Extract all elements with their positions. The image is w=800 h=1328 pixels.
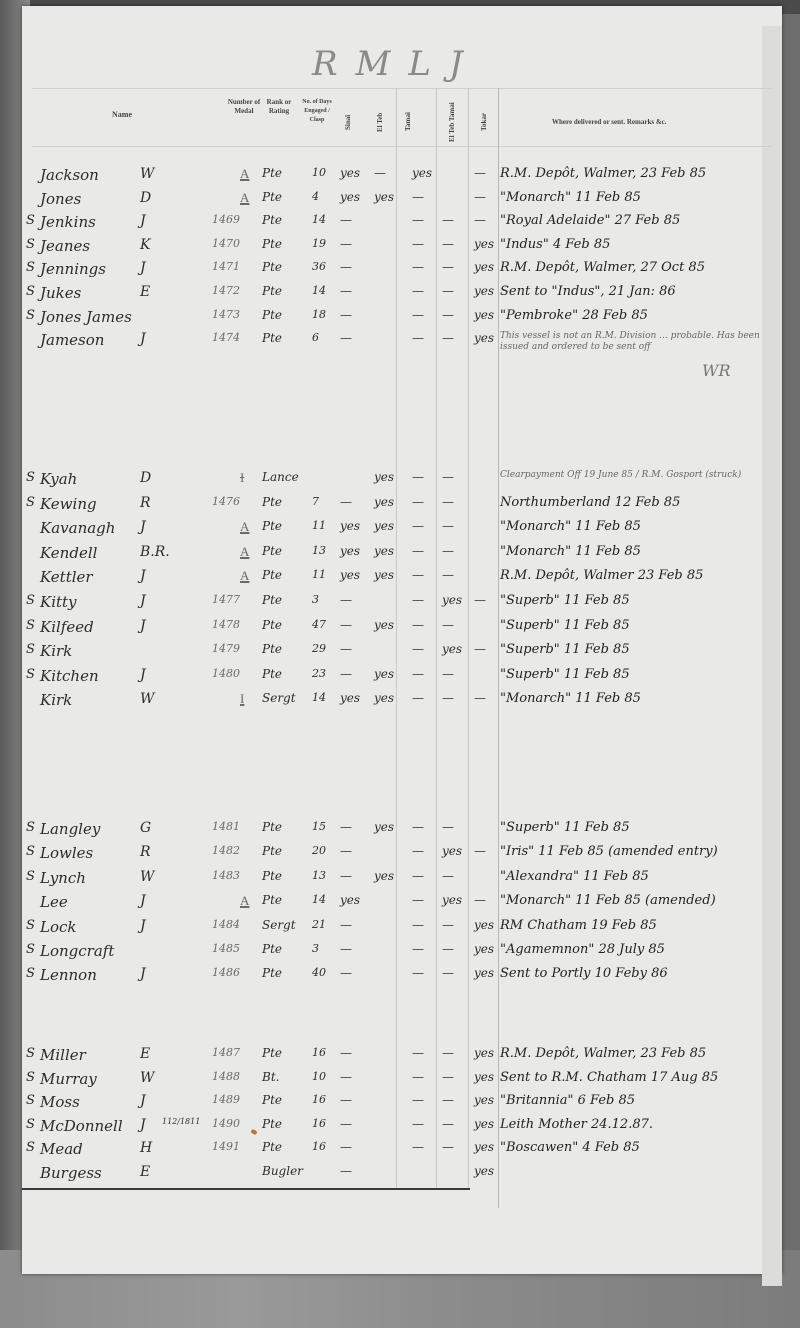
cell-a: yes (340, 190, 360, 204)
cell-b: — (374, 166, 386, 180)
cell-a: — (340, 495, 352, 509)
cell-prefix: S (26, 495, 35, 510)
remarks-initials: WR (702, 361, 731, 380)
cell-init: R (140, 495, 151, 511)
cell-name: Lowles (40, 844, 93, 862)
cell-init: R (140, 844, 151, 860)
cell-medal: A (240, 893, 249, 909)
cell-c: — (412, 820, 424, 834)
cell-a: — (340, 844, 352, 858)
cell-c: — (412, 1093, 424, 1107)
cell-init: J (140, 331, 146, 347)
cell-name: Kitty (40, 593, 77, 611)
cell-prefix: S (26, 1117, 35, 1132)
ledger-row: KavanaghJAPte11yesyes——"Monarch" 11 Feb … (22, 519, 782, 541)
cell-medal: 1479 (212, 642, 240, 655)
cell-a: — (340, 642, 352, 656)
cell-rank: Pte (262, 166, 282, 180)
ledger-row: SJones James1473Pte18———yes"Pembroke" 28… (22, 308, 782, 330)
cell-prefix: S (26, 820, 35, 835)
cell-b: yes (374, 568, 394, 582)
cell-remarks: Northumberland 12 Feb 85 (500, 495, 680, 510)
cell-c: — (412, 1117, 424, 1131)
cell-e: — (474, 893, 486, 907)
cell-e: — (474, 691, 486, 705)
cell-init: J (140, 260, 146, 276)
cell-rank: Pte (262, 966, 282, 980)
cell-init: W (140, 869, 154, 885)
cell-remarks: Clearpayment Off 19 June 85 / R.M. Gospo… (500, 470, 770, 481)
cell-e: yes (474, 942, 494, 956)
cell-name: Mead (40, 1140, 83, 1158)
cell-prefix: S (26, 284, 35, 299)
cell-medal: 1481 (212, 820, 240, 833)
cell-c: — (412, 966, 424, 980)
cell-medal: 1487 (212, 1046, 240, 1059)
cell-init: J (140, 667, 146, 683)
cell-medal: 1485 (212, 942, 240, 955)
cell-prefix: S (26, 1070, 35, 1085)
cell-medal: 1478 (212, 618, 240, 631)
cell-name: Jones James (40, 308, 132, 326)
cell-a: — (340, 308, 352, 322)
ledger-row: SLennonJ1486Pte40———yesSent to Portly 10… (22, 966, 782, 988)
folio-mark: RMLJ (312, 44, 481, 84)
cell-rank: Pte (262, 544, 282, 558)
cell-rank: Pte (262, 190, 282, 204)
cell-days: 21 (312, 918, 326, 931)
cell-name: Kyah (40, 470, 77, 488)
cell-medal: 1477 (212, 593, 240, 606)
cell-days: 18 (312, 308, 326, 321)
cell-c: — (412, 470, 424, 484)
cell-d: — (442, 1046, 454, 1060)
cell-c: — (412, 942, 424, 956)
cell-days: 16 (312, 1140, 326, 1153)
cell-name: Jackson (40, 166, 99, 184)
cell-remarks: "Monarch" 11 Feb 85 (500, 190, 641, 205)
cell-rank: Pte (262, 942, 282, 956)
cell-e: yes (474, 966, 494, 980)
header-remarks: Where delivered or sent. Remarks &c. (552, 118, 667, 127)
cell-e: — (474, 213, 486, 227)
cell-c: — (412, 593, 424, 607)
cell-name: Jukes (40, 284, 81, 302)
cell-a: yes (340, 568, 360, 582)
cell-c: — (412, 260, 424, 274)
cell-name: Lynch (40, 869, 86, 887)
cell-prefix: S (26, 942, 35, 957)
cell-medal: 1491 (212, 1140, 240, 1153)
cell-medal: 1489 (212, 1093, 240, 1106)
cell-rank: Pte (262, 844, 282, 858)
ledger-row: SLynchW1483Pte13—yes——"Alexandra" 11 Feb… (22, 869, 782, 891)
cell-init: J (140, 1117, 146, 1133)
ledger-row: SJeanesK1470Pte19———yes"Indus" 4 Feb 85 (22, 237, 782, 259)
cell-medal: I (240, 470, 244, 486)
cell-d: — (442, 470, 454, 484)
cell-days: 11 (312, 568, 326, 581)
cell-remarks: This vessel is not an R.M. Division ... … (500, 331, 770, 353)
cell-init: J (140, 918, 146, 934)
cell-b: yes (374, 470, 394, 484)
cell-init: D (140, 470, 151, 486)
cell-name: Jeanes (40, 237, 90, 255)
header-rank: Rank or Rating (262, 98, 296, 116)
header-rule-bottom (32, 146, 772, 147)
cell-days: 23 (312, 667, 326, 680)
cell-prefix: S (26, 593, 35, 608)
cell-c: — (412, 190, 424, 204)
cell-e: — (474, 642, 486, 656)
cell-d: — (442, 691, 454, 705)
cell-c: — (412, 618, 424, 632)
cell-e: yes (474, 1046, 494, 1060)
cell-e: yes (474, 918, 494, 932)
ledger-row: KettlerJAPte11yesyes——R.M. Depôt, Walmer… (22, 568, 782, 590)
cell-days: 13 (312, 544, 326, 557)
cell-rank: Pte (262, 869, 282, 883)
ledger-row: SKilfeedJ1478Pte47—yes——"Superb" 11 Feb … (22, 618, 782, 640)
cell-init: J (140, 213, 146, 229)
cell-remarks: "Superb" 11 Feb 85 (500, 593, 630, 608)
ledger-row: SMcDonnellJ1490Pte16———yesLeith Mother 2… (22, 1117, 782, 1139)
cell-a: — (340, 1140, 352, 1154)
cell-name: Kewing (40, 495, 97, 513)
cell-remarks: Sent to "Indus", 21 Jan: 86 (500, 284, 676, 299)
ledger-row: SMurrayW1488Bt.10———yesSent to R.M. Chat… (22, 1070, 782, 1092)
cell-days: 13 (312, 869, 326, 882)
cell-medal: 1483 (212, 869, 240, 882)
header-name: Name (112, 110, 132, 119)
cell-init: W (140, 166, 154, 182)
cell-rank: Pte (262, 1117, 282, 1131)
medal-note: 112/1811 (162, 1117, 200, 1126)
cell-rank: Bugler (262, 1164, 303, 1178)
cell-name: Kirk (40, 691, 72, 709)
header-col-c: Tamai (404, 102, 413, 142)
cell-b: yes (374, 691, 394, 705)
cell-c: — (412, 308, 424, 322)
cell-init: J (140, 593, 146, 609)
cell-days: 4 (312, 190, 319, 203)
cell-medal: 1490 (212, 1117, 240, 1130)
cell-init: K (140, 237, 150, 253)
cell-a: — (340, 667, 352, 681)
cell-days: 16 (312, 1117, 326, 1130)
ledger-row: SLangleyG1481Pte15—yes——"Superb" 11 Feb … (22, 820, 782, 842)
cell-e: yes (474, 331, 494, 345)
cell-a: — (340, 1164, 352, 1178)
cell-remarks: "Monarch" 11 Feb 85 (500, 691, 641, 706)
ledger-page: RMLJ Name Number of Medal Rank or Rating… (22, 6, 782, 1274)
header-number-of-medal: Number of Medal (227, 98, 261, 116)
cell-a: yes (340, 166, 360, 180)
cell-medal: A (240, 519, 249, 535)
cell-init: J (140, 618, 146, 634)
cell-c: — (412, 495, 424, 509)
header-rule-top (32, 88, 772, 89)
cell-prefix: S (26, 844, 35, 859)
cell-prefix: S (26, 642, 35, 657)
cell-d: yes (442, 642, 462, 656)
cell-init: J (140, 966, 146, 982)
cell-a: — (340, 1093, 352, 1107)
ledger-row: SJenningsJ1471Pte36———yesR.M. Depôt, Wal… (22, 260, 782, 282)
cell-d: — (442, 1140, 454, 1154)
cell-days: 36 (312, 260, 326, 273)
cell-a: yes (340, 544, 360, 558)
cell-prefix: S (26, 618, 35, 633)
cell-a: — (340, 213, 352, 227)
cell-days: 3 (312, 942, 319, 955)
cell-remarks: "Iris" 11 Feb 85 (amended entry) (500, 844, 718, 859)
cell-name: Moss (40, 1093, 80, 1111)
cell-name: Lee (40, 893, 68, 911)
cell-init: H (140, 1140, 152, 1156)
cell-b: yes (374, 544, 394, 558)
cell-d: — (442, 213, 454, 227)
cell-rank: Pte (262, 1140, 282, 1154)
cell-d: yes (442, 844, 462, 858)
cell-rank: Pte (262, 893, 282, 907)
cell-c: — (412, 213, 424, 227)
cell-d: yes (442, 893, 462, 907)
cell-c: — (412, 1140, 424, 1154)
cell-init: G (140, 820, 151, 836)
cell-prefix: S (26, 667, 35, 682)
header-col-b: El Teb (376, 102, 385, 142)
cell-e: — (474, 166, 486, 180)
cell-remarks: Sent to R.M. Chatham 17 Aug 85 (500, 1070, 718, 1085)
cell-medal: 1482 (212, 844, 240, 857)
cell-medal: 1484 (212, 918, 240, 931)
cell-medal: 1469 (212, 213, 240, 226)
cell-medal: A (240, 190, 249, 206)
cell-days: 6 (312, 331, 319, 344)
ledger-row: SLowlesR1482Pte20——yes—"Iris" 11 Feb 85 … (22, 844, 782, 866)
cell-e: yes (474, 1070, 494, 1084)
ledger-row: SKirk1479Pte29——yes—"Superb" 11 Feb 85 (22, 642, 782, 664)
cell-remarks: "Superb" 11 Feb 85 (500, 618, 630, 633)
cell-days: 7 (312, 495, 319, 508)
cell-a: — (340, 237, 352, 251)
cell-medal: A (240, 568, 249, 584)
cell-remarks: RM Chatham 19 Feb 85 (500, 918, 657, 933)
ledger-row: KirkWISergt14yesyes———"Monarch" 11 Feb 8… (22, 691, 782, 713)
cell-a: — (340, 284, 352, 298)
cell-name: Burgess (40, 1164, 102, 1182)
cell-e: yes (474, 237, 494, 251)
cell-name: Miller (40, 1046, 86, 1064)
cell-c: — (412, 237, 424, 251)
cell-remarks: "Monarch" 11 Feb 85 (amended) (500, 893, 716, 908)
cell-rank: Pte (262, 1046, 282, 1060)
cell-days: 40 (312, 966, 326, 979)
cell-medal: A (240, 544, 249, 560)
cell-init: W (140, 691, 154, 707)
cell-prefix: S (26, 918, 35, 933)
cell-init: J (140, 1093, 146, 1109)
cell-d: — (442, 1070, 454, 1084)
cell-name: Kilfeed (40, 618, 94, 636)
ledger-row: SLongcraft1485Pte3———yes"Agamemnon" 28 J… (22, 942, 782, 964)
ledger-row: SMeadH1491Pte16———yes"Boscawen" 4 Feb 85 (22, 1140, 782, 1162)
cell-a: — (340, 942, 352, 956)
cell-b: yes (374, 190, 394, 204)
cell-days: 14 (312, 893, 326, 906)
cell-init: J (140, 568, 146, 584)
cell-prefix: S (26, 237, 35, 252)
cell-d: — (442, 237, 454, 251)
cell-init: E (140, 1164, 150, 1180)
ledger-row: SKitchenJ1480Pte23—yes——"Superb" 11 Feb … (22, 667, 782, 689)
cell-remarks: "Agamemnon" 28 July 85 (500, 942, 665, 957)
cell-medal: 1480 (212, 667, 240, 680)
cell-remarks: Sent to Portly 10 Feby 86 (500, 966, 668, 981)
cell-a: — (340, 1070, 352, 1084)
cell-c: — (412, 519, 424, 533)
cell-d: — (442, 519, 454, 533)
cell-remarks: "Superb" 11 Feb 85 (500, 667, 630, 682)
cell-c: — (412, 642, 424, 656)
cell-d: — (442, 260, 454, 274)
cell-init: J (140, 519, 146, 535)
ledger-row: SKyahDILanceyes——Clearpayment Off 19 Jun… (22, 470, 782, 492)
cell-days: 15 (312, 820, 326, 833)
cell-remarks: Leith Mother 24.12.87. (500, 1117, 653, 1132)
ledger-row: SKewingR1476Pte7—yes——Northumberland 12 … (22, 495, 782, 517)
ledger-row: SKittyJ1477Pte3——yes—"Superb" 11 Feb 85 (22, 593, 782, 615)
cell-remarks: "Boscawen" 4 Feb 85 (500, 1140, 640, 1155)
cell-e: yes (474, 1164, 494, 1178)
cell-a: — (340, 918, 352, 932)
cell-name: Kavanagh (40, 519, 115, 537)
cell-remarks: "Superb" 11 Feb 85 (500, 820, 630, 835)
header-col-a: Sinaï (344, 102, 353, 142)
cell-prefix: S (26, 260, 35, 275)
cell-days: 47 (312, 618, 326, 631)
cell-rank: Pte (262, 260, 282, 274)
strike-through-line (22, 1188, 470, 1190)
ledger-row: KendellB.R.APte13yesyes——"Monarch" 11 Fe… (22, 544, 782, 566)
cell-rank: Pte (262, 237, 282, 251)
cell-a: yes (340, 519, 360, 533)
cell-prefix: S (26, 213, 35, 228)
cell-rank: Pte (262, 618, 282, 632)
cell-name: Jenkins (40, 213, 96, 231)
cell-remarks: R.M. Depôt, Walmer, 23 Feb 85 (500, 166, 706, 181)
cell-days: 10 (312, 1070, 326, 1083)
cell-c: — (412, 667, 424, 681)
cell-days: 29 (312, 642, 326, 655)
cell-rank: Pte (262, 642, 282, 656)
cell-c: — (412, 691, 424, 705)
cell-rank: Pte (262, 519, 282, 533)
cell-prefix: S (26, 966, 35, 981)
cell-days: 20 (312, 844, 326, 857)
cell-d: — (442, 331, 454, 345)
cell-prefix: S (26, 1046, 35, 1061)
cell-b: yes (374, 519, 394, 533)
cell-c: — (412, 568, 424, 582)
cell-c: — (412, 844, 424, 858)
ledger-row: JacksonWAPte10yes—yes—R.M. Depôt, Walmer… (22, 166, 782, 188)
cell-d: — (442, 284, 454, 298)
cell-a: — (340, 331, 352, 345)
cell-e: — (474, 844, 486, 858)
cell-d: — (442, 618, 454, 632)
cell-c: — (412, 331, 424, 345)
header-col-d: El Teb Tamai (448, 102, 457, 142)
cell-b: yes (374, 869, 394, 883)
cell-remarks: "Alexandra" 11 Feb 85 (500, 869, 649, 884)
ledger-row: SJenkinsJ1469Pte14————"Royal Adelaide" 2… (22, 213, 782, 235)
cell-a: — (340, 966, 352, 980)
cell-medal: 1473 (212, 308, 240, 321)
cell-d: — (442, 918, 454, 932)
cell-remarks: "Monarch" 11 Feb 85 (500, 519, 641, 534)
cell-a: — (340, 618, 352, 632)
cell-name: Lock (40, 918, 76, 936)
cell-rank: Pte (262, 1093, 282, 1107)
cell-c: — (412, 918, 424, 932)
cell-rank: Lance (262, 470, 299, 484)
cell-c: — (412, 869, 424, 883)
ledger-row: JamesonJ1474Pte6———yesThis vessel is not… (22, 331, 782, 353)
cell-a: yes (340, 691, 360, 705)
cell-rank: Pte (262, 308, 282, 322)
cell-medal: 1472 (212, 284, 240, 297)
ledger-row: SJukesE1472Pte14———yesSent to "Indus", 2… (22, 284, 782, 306)
cell-medal: 1486 (212, 966, 240, 979)
cell-d: — (442, 1117, 454, 1131)
cell-a: — (340, 593, 352, 607)
cell-medal: 1476 (212, 495, 240, 508)
header-col-e: Tokar (480, 102, 489, 142)
cell-prefix: S (26, 470, 35, 485)
cell-days: 16 (312, 1093, 326, 1106)
cell-medal: 1471 (212, 260, 240, 273)
cell-remarks: "Monarch" 11 Feb 85 (500, 544, 641, 559)
cell-remarks: "Royal Adelaide" 27 Feb 85 (500, 213, 680, 228)
cell-name: Kendell (40, 544, 97, 562)
cell-rank: Pte (262, 495, 282, 509)
cell-a: — (340, 260, 352, 274)
cell-init: B.R. (140, 544, 170, 560)
cell-d: — (442, 820, 454, 834)
cell-d: — (442, 568, 454, 582)
cell-e: yes (474, 1140, 494, 1154)
cell-name: Kirk (40, 642, 72, 660)
cell-c: — (412, 544, 424, 558)
cell-rank: Pte (262, 331, 282, 345)
cell-init: J (140, 893, 146, 909)
ledger-row: LeeJAPte14yes—yes—"Monarch" 11 Feb 85 (a… (22, 893, 782, 915)
header-days: No. of Days Engaged / Clasp (302, 98, 332, 125)
cell-name: Jennings (40, 260, 106, 278)
cell-b: yes (374, 618, 394, 632)
cell-name: Longcraft (40, 942, 114, 960)
cell-d: — (442, 495, 454, 509)
cell-d: — (442, 966, 454, 980)
cell-d: — (442, 544, 454, 558)
cell-init: E (140, 1046, 150, 1062)
cell-medal: 1470 (212, 237, 240, 250)
cell-e: yes (474, 1117, 494, 1131)
cell-days: 10 (312, 166, 326, 179)
cell-name: McDonnell (40, 1117, 123, 1135)
